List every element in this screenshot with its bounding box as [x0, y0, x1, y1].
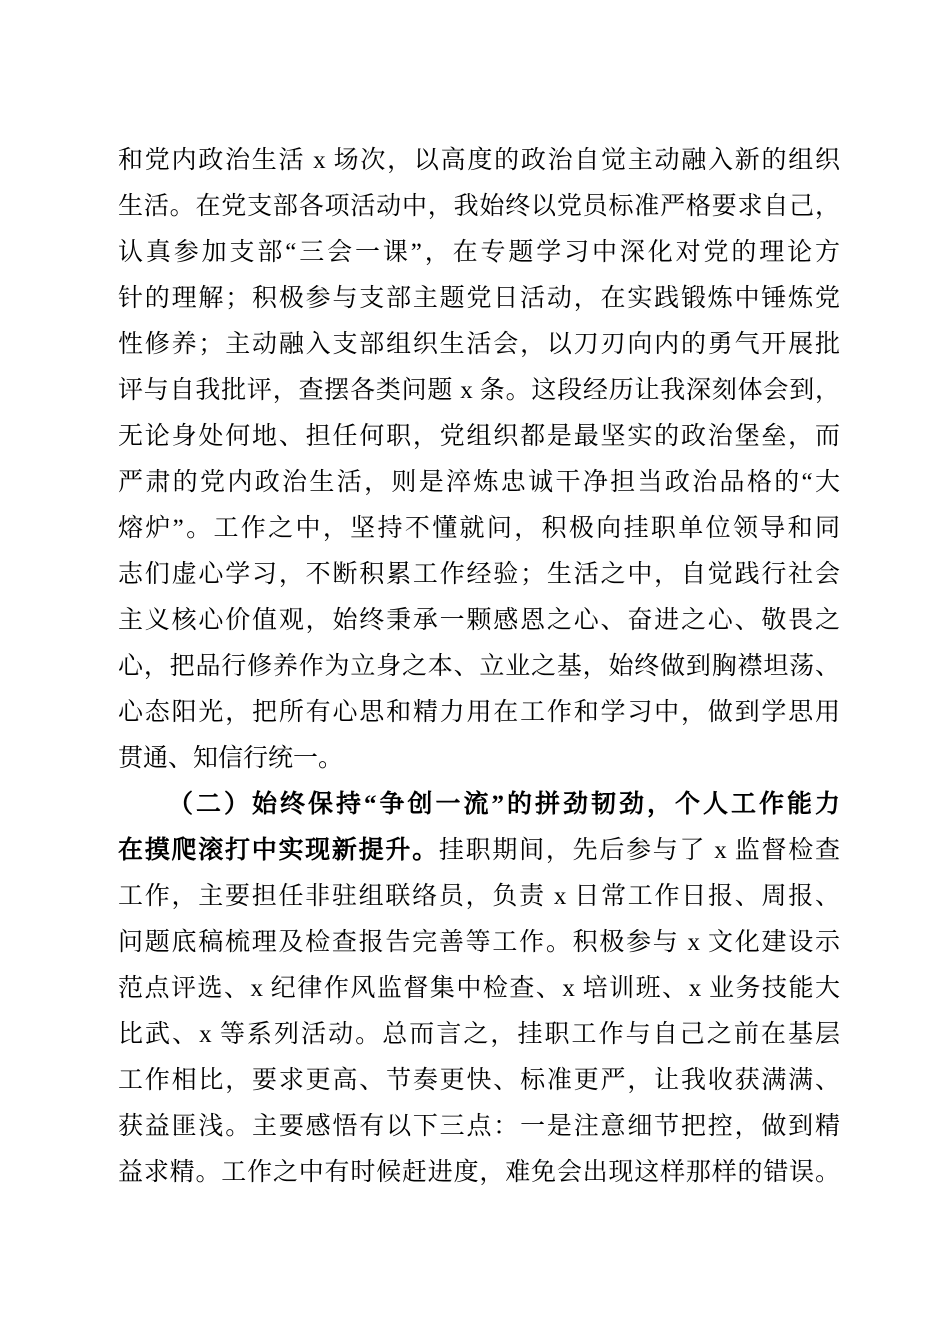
text-line: 益求精。工作之中有时候赶进度，难免会出现这样那样的错误。 [118, 1150, 840, 1196]
text-line: 比武、x 等系列活动。总而言之，挂职工作与自己之前在基层 [118, 1012, 840, 1058]
text-line: 工作相比，要求更高、节奏更快、标准更严，让我收获满满、 [118, 1058, 840, 1104]
document-page: 和党内政治生活 x 场次，以高度的政治自觉主动融入新的组织生活。在党支部各项活动… [0, 0, 950, 1344]
text-line: 认真参加支部“三会一课”，在专题学习中深化对党的理论方 [118, 230, 840, 276]
text-line: 主义核心价值观，始终秉承一颗感恩之心、奋进之心、敬畏之 [118, 598, 840, 644]
text-line: （二）始终保持“争创一流”的拼劲韧劲，个人工作能力 [118, 782, 840, 828]
body-text-segment: 生活。在党支部各项活动中，我始终以党员标准严格要求自己， [118, 193, 840, 220]
text-line: 心，把品行修养作为立身之本、立业之基，始终做到胸襟坦荡、 [118, 644, 840, 690]
text-line: 生活。在党支部各项活动中，我始终以党员标准严格要求自己， [118, 184, 840, 230]
text-line: 志们虚心学习，不断积累工作经验；生活之中，自觉践行社会 [118, 552, 840, 598]
text-line: 在摸爬滚打中实现新提升。挂职期间，先后参与了 x 监督检查 [118, 828, 840, 874]
text-line: 无论身处何地、担任何职，党组织都是最坚实的政治堡垒，而 [118, 414, 840, 460]
body-text-segment: 问题底稿梳理及检查报告完善等工作。积极参与 x 文化建设示 [118, 929, 840, 956]
heading-text-segment: 在摸爬滚打中实现新提升。 [118, 837, 439, 864]
body-text-segment: 贯通、知信行统一。 [118, 745, 343, 772]
body-text-segment: 心态阳光，把所有心思和精力用在工作和学习中，做到学思用 [118, 699, 840, 726]
text-line: 获益匪浅。主要感悟有以下三点：一是注意细节把控，做到精 [118, 1104, 840, 1150]
heading-text-segment: （二）始终保持“争创一流”的拼劲韧劲，个人工作能力 [168, 791, 840, 818]
body-text-segment: 工作，主要担任非驻组联络员，负责 x 日常工作日报、周报、 [118, 883, 840, 910]
body-text-segment: 和党内政治生活 x 场次，以高度的政治自觉主动融入新的组织 [118, 147, 840, 174]
body-text-segment: 范点评选、x 纪律作风监督集中检查、x 培训班、x 业务技能大 [118, 975, 840, 1002]
body-text-segment: 主义核心价值观，始终秉承一颗感恩之心、奋进之心、敬畏之 [118, 607, 840, 634]
text-block: 和党内政治生活 x 场次，以高度的政治自觉主动融入新的组织生活。在党支部各项活动… [118, 138, 840, 1196]
body-text-segment: 认真参加支部“三会一课”，在专题学习中深化对党的理论方 [118, 239, 840, 266]
text-line: 心态阳光，把所有心思和精力用在工作和学习中，做到学思用 [118, 690, 840, 736]
text-line: 问题底稿梳理及检查报告完善等工作。积极参与 x 文化建设示 [118, 920, 840, 966]
text-line: 针的理解；积极参与支部主题党日活动，在实践锻炼中锤炼党 [118, 276, 840, 322]
body-text-segment: 严肃的党内政治生活，则是淬炼忠诚干净担当政治品格的“大 [118, 469, 840, 496]
text-line: 范点评选、x 纪律作风监督集中检查、x 培训班、x 业务技能大 [118, 966, 840, 1012]
text-line: 严肃的党内政治生活，则是淬炼忠诚干净担当政治品格的“大 [118, 460, 840, 506]
text-line: 性修养；主动融入支部组织生活会，以刀刃向内的勇气开展批 [118, 322, 840, 368]
body-text-segment: 比武、x 等系列活动。总而言之，挂职工作与自己之前在基层 [118, 1021, 840, 1048]
body-text-segment: 评与自我批评，查摆各类问题 x 条。这段经历让我深刻体会到， [118, 377, 840, 404]
text-line: 评与自我批评，查摆各类问题 x 条。这段经历让我深刻体会到， [118, 368, 840, 414]
body-text-segment: 心，把品行修养作为立身之本、立业之基，始终做到胸襟坦荡、 [118, 653, 840, 680]
text-line: 贯通、知信行统一。 [118, 736, 840, 782]
body-text-segment: 熔炉”。工作之中，坚持不懂就问，积极向挂职单位领导和同 [118, 515, 840, 542]
body-text-segment: 志们虚心学习，不断积累工作经验；生活之中，自觉践行社会 [118, 561, 840, 588]
text-line: 和党内政治生活 x 场次，以高度的政治自觉主动融入新的组织 [118, 138, 840, 184]
body-text-segment: 针的理解；积极参与支部主题党日活动，在实践锻炼中锤炼党 [118, 285, 840, 312]
body-text-segment: 益求精。工作之中有时候赶进度，难免会出现这样那样的错误。 [118, 1159, 840, 1186]
body-text-segment: 性修养；主动融入支部组织生活会，以刀刃向内的勇气开展批 [118, 331, 840, 358]
body-text-segment: 挂职期间，先后参与了 x 监督检查 [439, 837, 840, 864]
body-text-segment: 无论身处何地、担任何职，党组织都是最坚实的政治堡垒，而 [118, 423, 840, 450]
text-line: 工作，主要担任非驻组联络员，负责 x 日常工作日报、周报、 [118, 874, 840, 920]
body-text-segment: 工作相比，要求更高、节奏更快、标准更严，让我收获满满、 [118, 1067, 840, 1094]
body-text-segment: 获益匪浅。主要感悟有以下三点：一是注意细节把控，做到精 [118, 1113, 840, 1140]
text-line: 熔炉”。工作之中，坚持不懂就问，积极向挂职单位领导和同 [118, 506, 840, 552]
